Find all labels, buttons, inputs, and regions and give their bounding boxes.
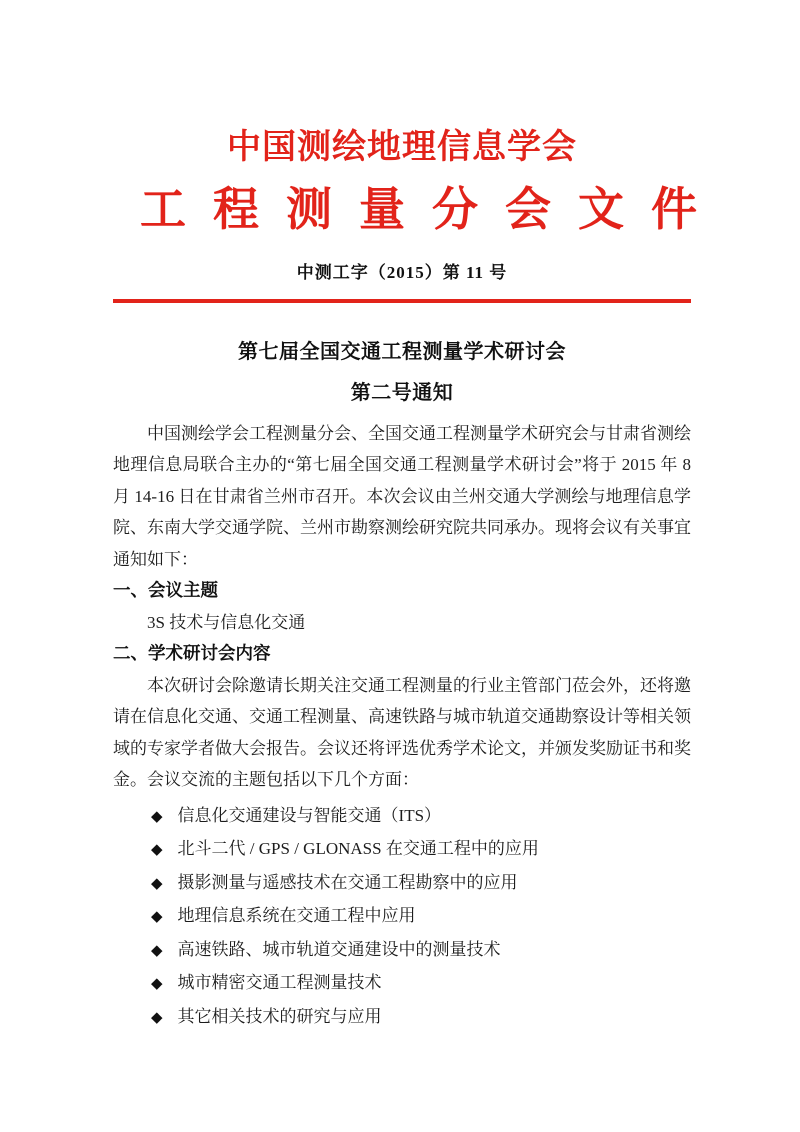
notice-title: 第七届全国交通工程测量学术研讨会 (113, 339, 691, 365)
letterhead: 中国测绘地理信息学会 工程测量分会文件 中测工字（2015）第 11 号 (113, 131, 691, 303)
intro-paragraph: 中国测绘学会工程测量分会、全国交通工程测量学术研究会与甘肃省测绘地理信息局联合主… (113, 418, 691, 576)
document-page: 中国测绘地理信息学会 工程测量分会文件 中测工字（2015）第 11 号 第七届… (0, 0, 800, 1132)
topic-label: 摄影测量与遥感技术在交通工程勘察中的应用 (178, 867, 518, 899)
diamond-bullet-icon: ◆ (151, 869, 163, 901)
diamond-bullet-icon: ◆ (151, 835, 163, 867)
diamond-bullet-icon: ◆ (151, 802, 163, 834)
diamond-bullet-icon: ◆ (151, 1003, 163, 1035)
branch-document-title: 工程测量分会文件 (113, 186, 691, 234)
topic-list-item: ◆ 摄影测量与遥感技术在交通工程勘察中的应用 (113, 867, 691, 901)
diamond-bullet-icon: ◆ (151, 969, 163, 1001)
document-number: 中测工字（2015）第 11 号 (113, 263, 691, 283)
topic-list-item: ◆ 高速铁路、城市轨道交通建设中的测量技术 (113, 934, 691, 968)
notice-body: 第七届全国交通工程测量学术研讨会 第二号通知 中国测绘学会工程测量分会、全国交通… (113, 339, 691, 1035)
topic-label: 地理信息系统在交通工程中应用 (178, 900, 416, 932)
diamond-bullet-icon: ◆ (151, 902, 163, 934)
topic-label: 高速铁路、城市轨道交通建设中的测量技术 (178, 934, 501, 966)
section-heading: 二、学术研讨会内容 (113, 638, 691, 670)
topic-label: 信息化交通建设与智能交通（ITS） (178, 800, 442, 832)
topics-list: ◆ 信息化交通建设与智能交通（ITS） ◆ 北斗二代 / GPS / GLONA… (113, 800, 691, 1035)
topic-label: 其它相关技术的研究与应用 (178, 1001, 382, 1033)
section-body: 本次研讨会除邀请长期关注交通工程测量的行业主管部门莅会外，还将邀请在信息化交通、… (113, 670, 691, 796)
section-heading: 一、会议主题 (113, 575, 691, 607)
topic-label: 城市精密交通工程测量技术 (178, 967, 382, 999)
topic-label: 北斗二代 / GPS / GLONASS 在交通工程中的应用 (178, 833, 539, 865)
sections: 一、会议主题 3S 技术与信息化交通 二、学术研讨会内容 本次研讨会除邀请长期关… (113, 575, 691, 796)
red-divider-rule (113, 299, 691, 303)
topic-list-item: ◆ 地理信息系统在交通工程中应用 (113, 900, 691, 934)
diamond-bullet-icon: ◆ (151, 936, 163, 968)
notice-section: 一、会议主题 3S 技术与信息化交通 (113, 575, 691, 638)
organization-name: 中国测绘地理信息学会 (113, 131, 691, 165)
topic-list-item: ◆ 信息化交通建设与智能交通（ITS） (113, 800, 691, 834)
topic-list-item: ◆ 城市精密交通工程测量技术 (113, 967, 691, 1001)
notice-section: 二、学术研讨会内容 本次研讨会除邀请长期关注交通工程测量的行业主管部门莅会外，还… (113, 638, 691, 796)
topic-list-item: ◆ 北斗二代 / GPS / GLONASS 在交通工程中的应用 (113, 833, 691, 867)
notice-subtitle: 第二号通知 (113, 380, 691, 406)
section-body: 3S 技术与信息化交通 (113, 607, 691, 639)
topic-list-item: ◆ 其它相关技术的研究与应用 (113, 1001, 691, 1035)
